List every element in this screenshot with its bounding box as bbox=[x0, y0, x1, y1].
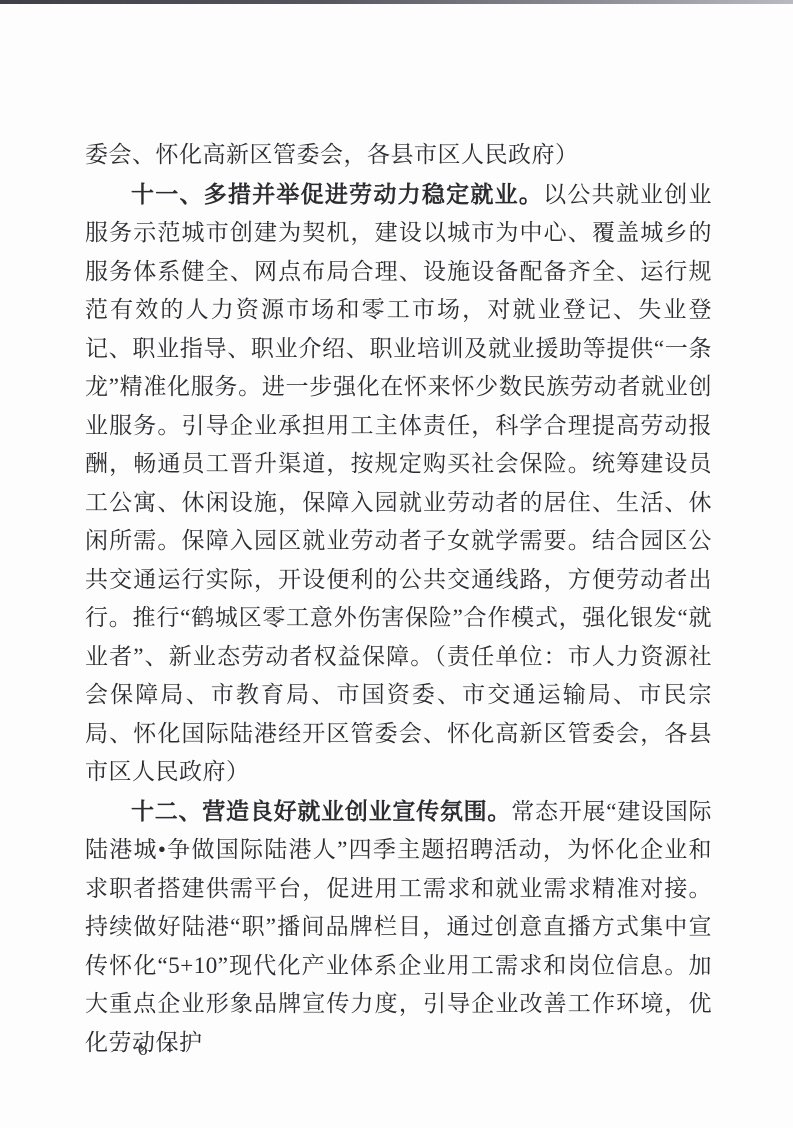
paragraph-12-heading: 十二、营造良好就业创业宣传氛围。 bbox=[131, 798, 511, 824]
page-number: - 6 - bbox=[112, 1038, 180, 1061]
document-body: 委会、怀化高新区管委会，各县市区人民政府） 十一、多措并举促进劳动力稳定就业。以… bbox=[85, 136, 712, 1062]
paragraph-11-body: 以公共就业创业服务示范城市创建为契机，建设以城市为中心、覆盖城乡的服务体系健全、… bbox=[85, 182, 712, 785]
paragraph-12-body: 常态开展“建设国际陆港城•争做国际陆港人”四季主题招聘活动，为怀化企业和求职者搭… bbox=[85, 799, 712, 1055]
continuation-paragraph: 委会、怀化高新区管委会，各县市区人民政府） bbox=[85, 136, 712, 175]
paragraph-12: 十二、营造良好就业创业宣传氛围。常态开展“建设国际陆港城•争做国际陆港人”四季主… bbox=[85, 792, 712, 1063]
paragraph-11: 十一、多措并举促进劳动力稳定就业。以公共就业创业服务示范城市创建为契机，建设以城… bbox=[85, 175, 712, 792]
paragraph-11-heading: 十一、多措并举促进劳动力稳定就业。 bbox=[131, 181, 543, 207]
scan-edge-artifact bbox=[0, 0, 793, 4]
